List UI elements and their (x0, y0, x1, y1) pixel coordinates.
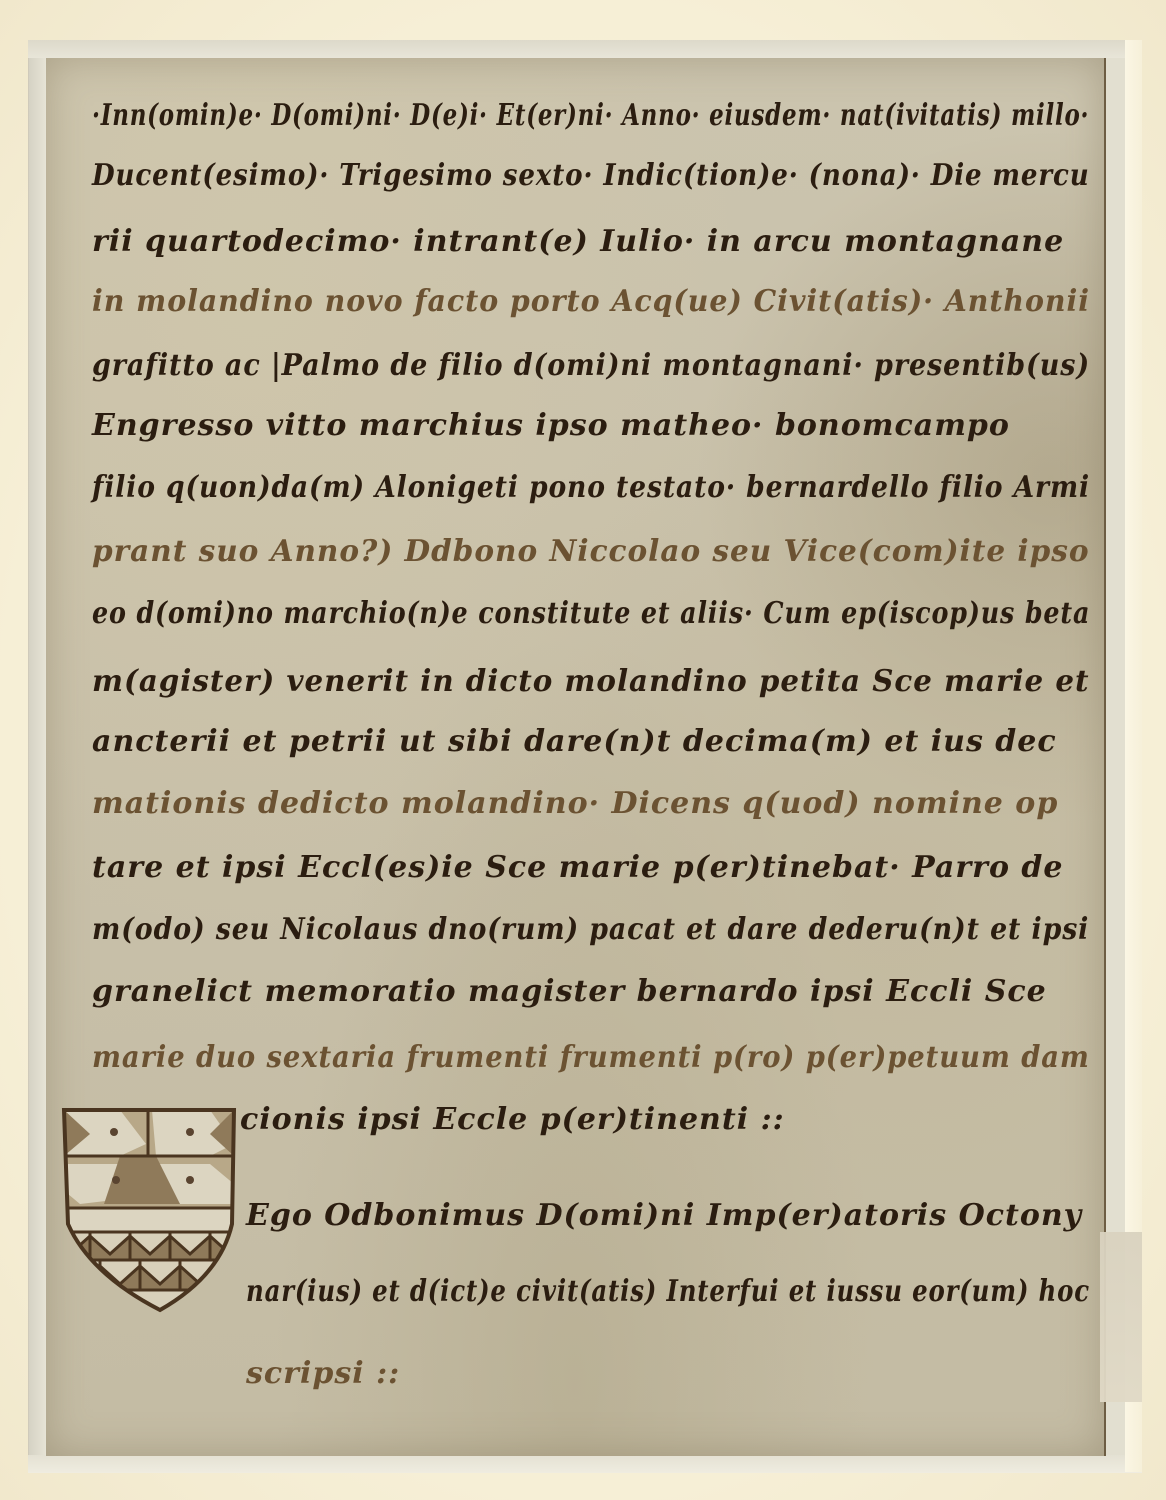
manuscript-line: prant suo Anno?) Ddbono Niccolao seu Vic… (92, 534, 1089, 569)
manuscript-line: Ego Odbonimus D(omi)ni Imp(er)atoris Oct… (246, 1198, 1082, 1233)
manuscript-line: rii quartodecimo· intrant(e) Iulio· in a… (92, 224, 1064, 259)
coat-of-arms-shield-icon (60, 1104, 238, 1314)
manuscript-line: cionis ipsi Eccle p(er)tinenti :: (240, 1102, 785, 1137)
manuscript-line: ·Inn(omin)e· D(omi)ni· D(e)i· Et(er)ni· … (92, 98, 1089, 133)
manuscript-line: Engresso vitto marchius ipso matheo· bon… (92, 408, 1010, 443)
manuscript-line: marie duo sextaria frumenti frumenti p(r… (92, 1040, 1090, 1075)
manuscript-line: mationis dedicto molandino· Dicens q(uod… (92, 786, 1058, 821)
manuscript-line: m(odo) seu Nicolaus dno(rum) pacat et da… (92, 912, 1089, 947)
manuscript-line: eo d(omi)no marchio(n)e constitute et al… (92, 596, 1090, 631)
manuscript-line: scripsi :: (246, 1356, 400, 1391)
manuscript-line: in molandino novo facto porto Acq(ue) Ci… (92, 284, 1090, 319)
manuscript-line: nar(ius) et d(ict)e civit(atis) Interfui… (246, 1274, 1090, 1309)
manuscript-line: Ducent(esimo)· Trigesimo sexto· Indic(ti… (92, 158, 1090, 193)
manuscript-line: granelict memoratio magister bernardo ip… (92, 974, 1047, 1009)
manuscript-line: m(agister) venerit in dicto molandino pe… (92, 664, 1090, 699)
manuscript-line: ancterii et petrii ut sibi dare(n)t deci… (92, 724, 1057, 759)
manuscript-line: filio q(uon)da(m) Alonigeti pono testato… (92, 470, 1090, 505)
manuscript-line: tare et ipsi Eccl(es)ie Sce marie p(er)t… (92, 850, 1063, 885)
manuscript-line: grafitto ac |Palmo de filio d(omi)ni mon… (92, 348, 1090, 383)
